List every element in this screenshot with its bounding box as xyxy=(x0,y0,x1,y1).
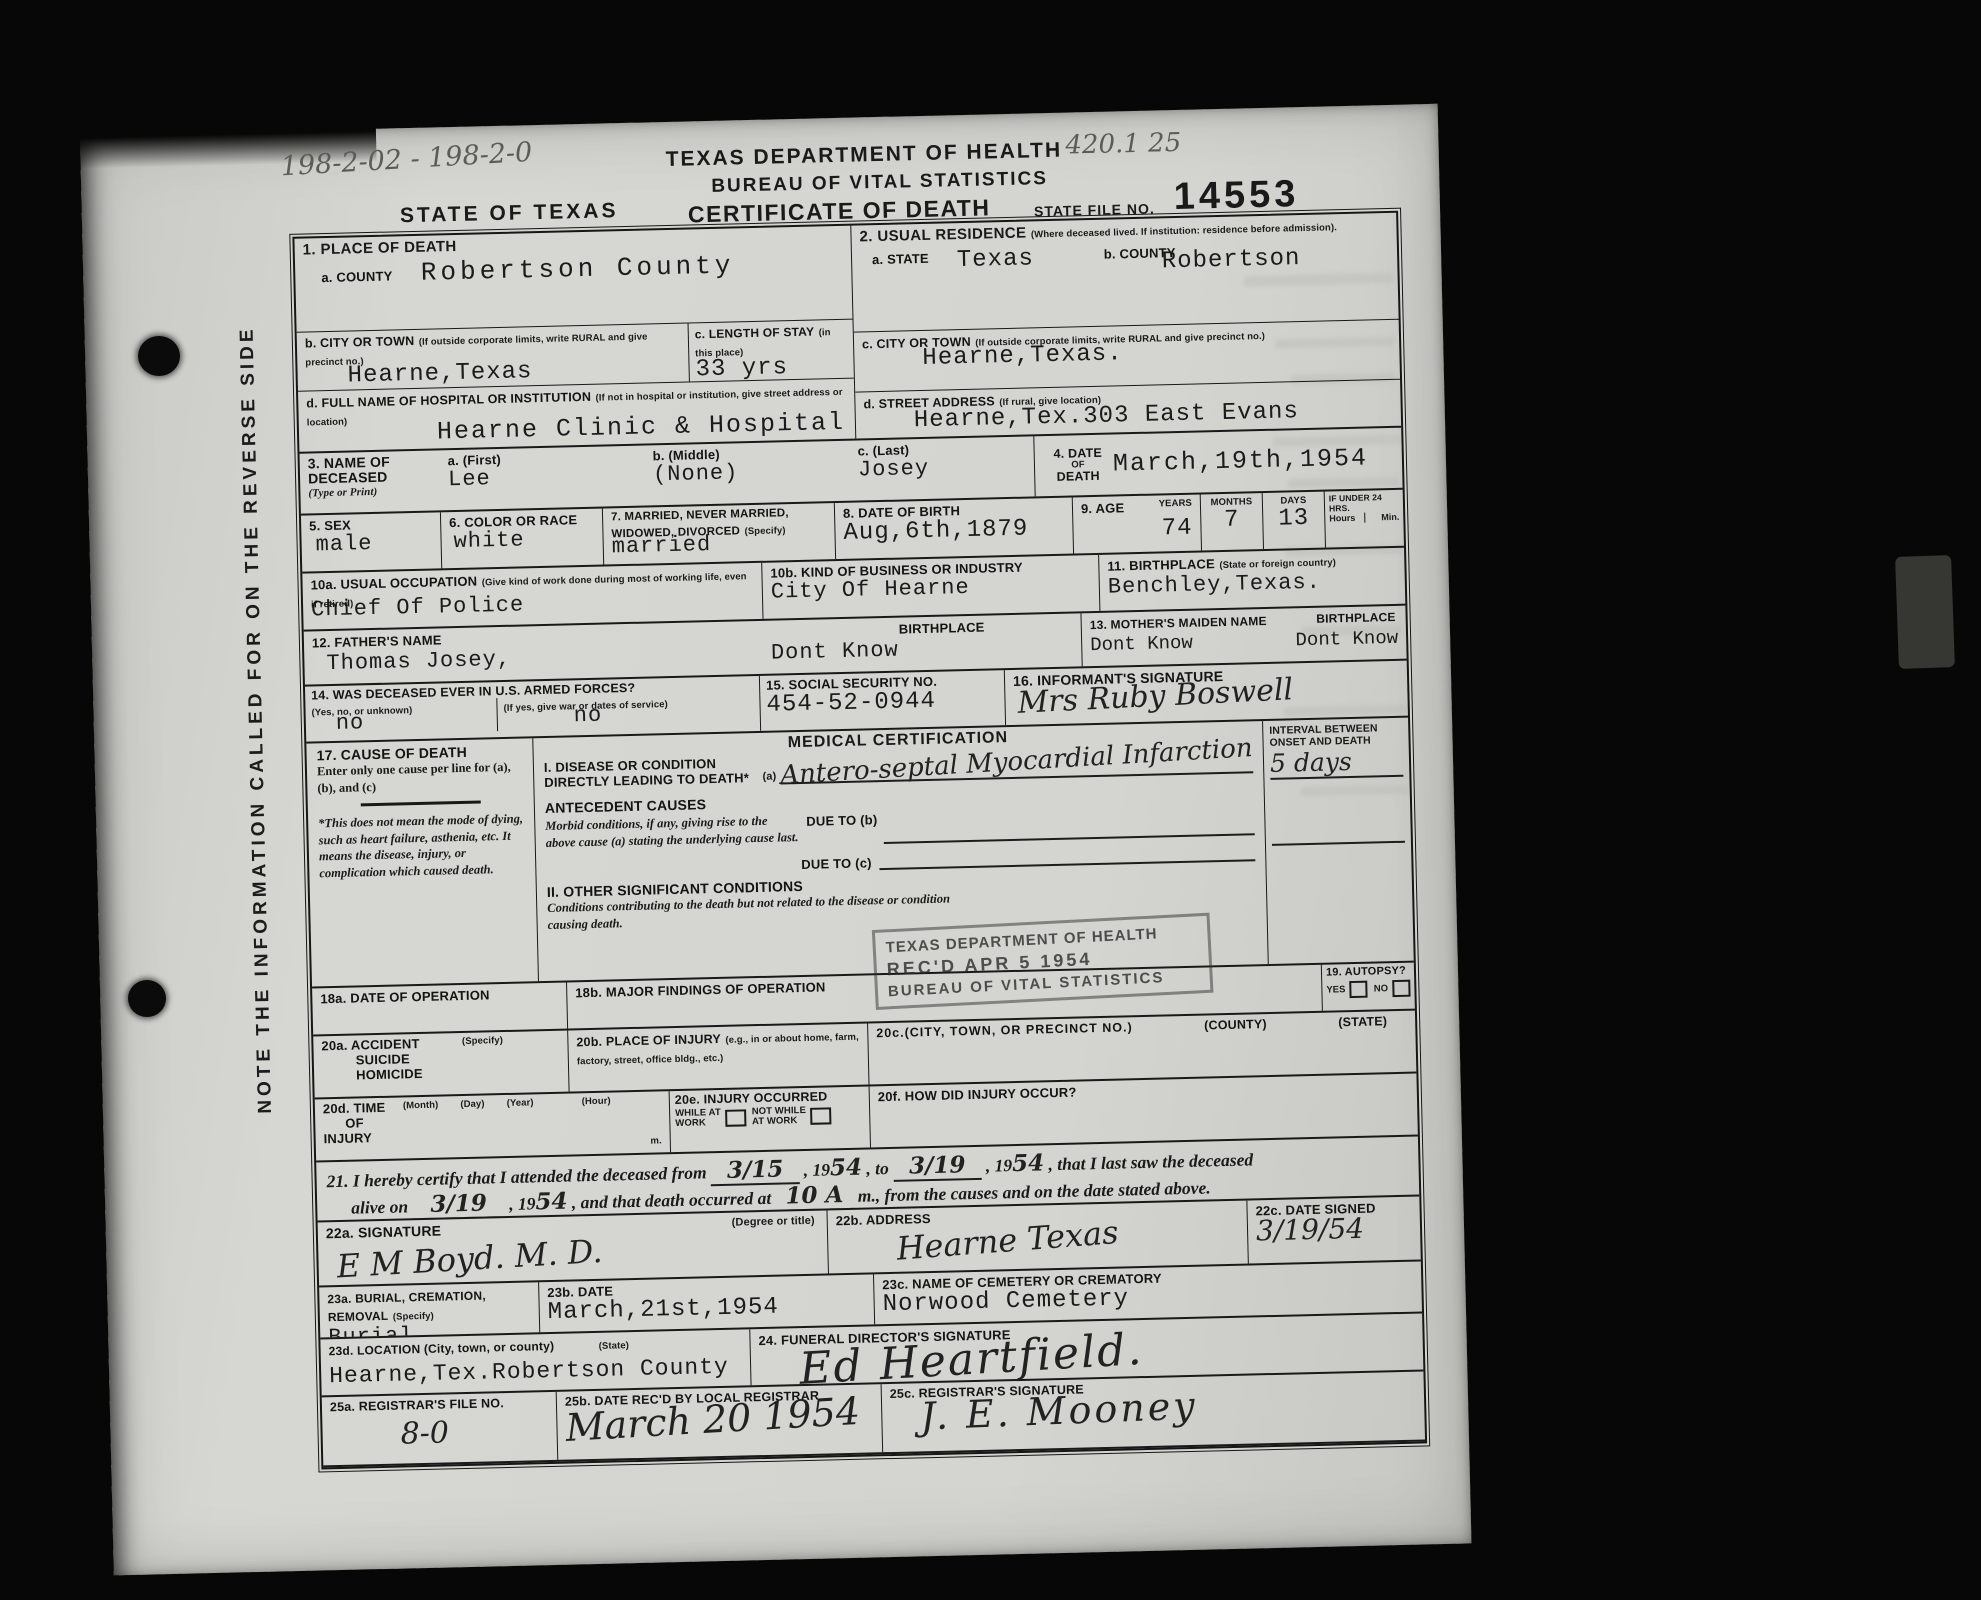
place-stay-cell: c. LENGTH OF STAY (in this place) 33 yrs xyxy=(689,319,854,381)
accident-label3: HOMICIDE xyxy=(356,1067,423,1084)
place-county-value: Robertson County xyxy=(421,250,735,287)
autopsy-yes-label: YES xyxy=(1326,984,1345,995)
section-cause-notes: 17. CAUSE OF DEATH Enter only one cause … xyxy=(306,738,539,986)
age-months-value: 7 xyxy=(1209,507,1255,533)
race-value: white xyxy=(453,527,595,553)
punch-hole xyxy=(128,980,166,1017)
autopsy-label: 19. AUTOPSY? xyxy=(1326,965,1410,979)
marital-paren: (Specify) xyxy=(744,525,785,537)
autopsy-no-label: NO xyxy=(1374,983,1389,994)
cause-note1: Enter only one cause per line for (a), (… xyxy=(317,759,524,797)
section-sex: 5. SEX male xyxy=(301,512,442,571)
interval-blank xyxy=(1270,777,1405,846)
section-registrar-date: 25b. DATE REC'D BY LOCAL REGISTRAR March… xyxy=(557,1384,884,1460)
burial-paren: (Specify) xyxy=(393,1311,434,1323)
section-date-of-death: 4. DATE OF DEATH March,19th,1954 xyxy=(1034,428,1402,497)
name-last-value: Josey xyxy=(858,455,1026,482)
certificate-paper: 198-2-02 - 198-2-0 TEXAS DEPARTMENT OF H… xyxy=(80,104,1472,1576)
section-how-injury: 20f. HOW DID INJURY OCCUR? xyxy=(870,1074,1418,1148)
age-under-label: IF UNDER 24 HRS. xyxy=(1329,492,1399,514)
section-burial: 23a. BURIAL, CREMATION, REMOVAL (Specify… xyxy=(319,1282,540,1337)
section-interval: INTERVAL BETWEEN ONSET AND DEATH 5 days xyxy=(1263,718,1414,964)
certify-hw-alive: 3/19 xyxy=(412,1189,505,1220)
certify-text9: m., from the causes and on the date stat… xyxy=(858,1177,1211,1205)
section-marital: 7. MARRIED, NEVER MARRIED, WIDOWED, DIVO… xyxy=(603,503,836,564)
disease-label2: DIRECTLY LEADING TO DEATH* xyxy=(544,771,763,790)
punch-hole xyxy=(138,336,180,376)
location-value: Hearne,Tex.Robertson County xyxy=(329,1355,742,1389)
not-while-label2: AT WORK xyxy=(752,1116,806,1128)
section-injury-occurred: 20e. INJURY OCCURRED WHILE AT WORK NOT W… xyxy=(670,1086,871,1152)
section-accident: 20a. ACCIDENT SUICIDE HOMICIDE (Specify) xyxy=(313,1031,569,1098)
header-bureau: BUREAU OF VITAL STATISTICS xyxy=(711,168,1048,198)
death-date-value: March,19th,1954 xyxy=(1113,445,1369,477)
father-value: Thomas Josey, xyxy=(326,648,511,675)
residence-county-value: Robertson xyxy=(1162,246,1301,274)
place-stay-value: 33 yrs xyxy=(695,354,848,383)
not-while-checkbox xyxy=(810,1107,831,1124)
age-hours-label: Hours xyxy=(1329,513,1365,524)
injury-time-label3: INJURY xyxy=(323,1130,403,1147)
age-years-label: YEARS xyxy=(1159,498,1192,510)
ssn-value: 454-52-0944 xyxy=(766,687,999,718)
name-paren: (Type or Print) xyxy=(308,484,448,499)
section-burial-location: 23d. LOCATION (City, town, or county) (S… xyxy=(320,1329,751,1395)
certify-hw-hour: 10 A xyxy=(775,1181,854,1212)
name-label: 3. NAME OF DECEASED xyxy=(308,453,449,487)
cause-a-tag: (a) xyxy=(762,771,776,783)
divider xyxy=(361,801,481,807)
state-file-number: 14553 xyxy=(1173,173,1300,219)
injury-time-label2: OF xyxy=(345,1115,403,1131)
certify-text2: , 19 xyxy=(804,1159,831,1180)
birthplace-label: 11. BIRTHPLACE xyxy=(1107,556,1215,574)
location-paren: (State) xyxy=(599,1340,630,1352)
occupation-value: Chief Of Police xyxy=(311,588,754,622)
name-first-value: Lee xyxy=(448,463,653,491)
section-registrar-file: 25a. REGISTRAR'S FILE NO. 8-0 xyxy=(322,1392,559,1466)
registrar-file-label: 25a. REGISTRAR'S FILE NO. xyxy=(330,1395,548,1414)
interval-value: 5 days xyxy=(1270,747,1352,778)
section-age-years: 9. AGE YEARS 74 xyxy=(1073,494,1202,553)
certify-hw-year3: 54 xyxy=(535,1188,568,1216)
injury-month-label: (Month) xyxy=(403,1100,440,1146)
residence-state-label: a. STATE xyxy=(872,251,929,282)
due-to-c-blank xyxy=(879,841,1255,870)
due-to-b-label: DUE TO (b) xyxy=(806,812,877,829)
birth-date-value: Aug,6th,1879 xyxy=(843,516,1065,546)
age-days-value: 13 xyxy=(1271,506,1317,532)
location-label: 23d. LOCATION (City, town, or county) xyxy=(328,1339,554,1358)
certify-hw-year1: 54 xyxy=(830,1154,863,1182)
due-to-b-blank xyxy=(883,815,1254,844)
section-place-of-death: 1. PLACE OF DEATH a. COUNTY Robertson Co… xyxy=(294,226,856,452)
section-time-of-injury: 20d. TIME OF INJURY (Month) (Day) (Year)… xyxy=(315,1091,671,1160)
operation-date-label: 18a. DATE OF OPERATION xyxy=(320,986,558,1007)
injury-hour-label: (Hour) xyxy=(582,1096,612,1141)
section-birth-date: 8. DATE OF BIRTH Aug,6th,1879 xyxy=(835,497,1074,559)
place-city-label: b. CITY OR TOWN xyxy=(305,334,415,351)
forces-value1: no xyxy=(336,708,497,735)
section-injury-city: 20c.(CITY, TOWN, OR PRECINCT NO.) (COUNT… xyxy=(868,1011,1416,1085)
residence-title: 2. USUAL RESIDENCE xyxy=(859,225,1026,246)
injury-day-label: (Day) xyxy=(460,1099,485,1144)
signature-label: 22a. SIGNATURE xyxy=(326,1223,442,1242)
accident-paren: (Specify) xyxy=(462,1035,504,1081)
date-signed-value: 3/19/54 xyxy=(1256,1211,1413,1248)
age-years-value: 74 xyxy=(1081,516,1193,544)
residence-state-value: Texas xyxy=(957,246,1035,279)
injury-county-label: (COUNTY) xyxy=(1204,1017,1267,1032)
father-label: 12. FATHER'S NAME xyxy=(312,632,442,650)
header-department: TEXAS DEPARTMENT OF HEALTH xyxy=(665,139,1062,172)
certificate-form: 1. PLACE OF DEATH a. COUNTY Robertson Co… xyxy=(292,211,1427,1470)
age-min-label: Min. xyxy=(1365,512,1400,523)
section-industry: 10b. KIND OF BUSINESS OR INDUSTRY City O… xyxy=(762,555,1100,619)
handwritten-code-right: 420.1 25 xyxy=(1065,128,1181,161)
section-autopsy: 19. AUTOPSY? YES NO xyxy=(1322,963,1415,1011)
while-at-work-checkbox xyxy=(725,1109,746,1126)
age-label: 9. AGE xyxy=(1081,500,1125,516)
mother-value: Dont Know xyxy=(1090,632,1193,656)
section-occupation: 10a. USUAL OCCUPATION (Give kind of work… xyxy=(302,563,763,630)
residence-title-paren: (Where deceased lived. If institution: r… xyxy=(1031,222,1337,240)
section-physician-signature: 22a. SIGNATURE (Degree or title) E M Boy… xyxy=(318,1210,829,1285)
scanner-edge-artifact xyxy=(1895,555,1955,669)
place-stay-label: c. LENGTH OF STAY xyxy=(695,324,815,341)
occupation-label: 10a. USUAL OCCUPATION xyxy=(310,574,477,593)
section-date-signed: 22c. DATE SIGNED 3/19/54 xyxy=(1247,1197,1420,1264)
autopsy-no-checkbox xyxy=(1392,980,1411,997)
registrar-file-value: 8-0 xyxy=(400,1413,549,1451)
mother-label: 13. MOTHER'S MAIDEN NAME xyxy=(1090,614,1267,632)
autopsy-yes-checkbox xyxy=(1349,981,1368,998)
section-operation-date: 18a. DATE OF OPERATION xyxy=(312,983,568,1035)
scanned-death-certificate: { "header": { "hw_left": "198-2-02 - 198… xyxy=(0,0,1981,1600)
section-race: 6. COLOR OR RACE white xyxy=(441,509,604,569)
burial-date-value: March,21st,1954 xyxy=(548,1293,867,1326)
death-date-label3: DEATH xyxy=(1043,470,1113,485)
certify-text3: , to xyxy=(866,1158,889,1179)
while-at-work-label2: WORK xyxy=(675,1118,721,1130)
section-place-of-injury: 20b. PLACE OF INJURY (e.g., in or about … xyxy=(568,1023,869,1091)
section-age-under24: IF UNDER 24 HRS. Hours Min. xyxy=(1325,490,1404,548)
certify-text4: , 19 xyxy=(986,1155,1013,1176)
industry-value: City Of Hearne xyxy=(771,573,1091,604)
injury-place-label: 20b. PLACE OF INJURY xyxy=(576,1032,721,1049)
section-mother: 13. MOTHER'S MAIDEN NAME BIRTHPLACE Dont… xyxy=(1081,606,1406,667)
father-birthplace-label: BIRTHPLACE xyxy=(899,620,985,637)
injury-state-label: (STATE) xyxy=(1338,1014,1387,1029)
section-burial-date: 23b. DATE March,21st,1954 xyxy=(539,1274,875,1332)
certify-text6: alive on xyxy=(351,1196,408,1217)
morbid-note: Morbid conditions, if any, giving rise t… xyxy=(545,812,801,851)
certify-text7: , 19 xyxy=(509,1193,536,1214)
certify-text5: , that I last saw the deceased xyxy=(1048,1149,1253,1174)
section-usual-residence: 2. USUAL RESIDENCE (Where deceased lived… xyxy=(851,213,1401,439)
section-age-months: MONTHS 7 xyxy=(1201,493,1264,550)
due-to-c-label: DUE TO (c) xyxy=(801,855,872,872)
injury-m-label: m. xyxy=(650,1135,662,1146)
certify-hw-year2: 54 xyxy=(1012,1149,1045,1177)
injury-city-label: 20c.(CITY, TOWN, OR PRECINCT NO.) xyxy=(876,1020,1133,1040)
section-age-days: DAYS 13 xyxy=(1263,492,1326,549)
hospital-value: Hearne Clinic & Hospital xyxy=(437,410,848,446)
section-birthplace: 11. BIRTHPLACE (State or foreign country… xyxy=(1099,548,1405,611)
injury-year-label: (Year) xyxy=(507,1097,535,1142)
father-birthplace-value: Dont Know xyxy=(771,639,899,665)
birthplace-value: Benchley,Texas. xyxy=(1108,569,1397,599)
hospital-label: d. FULL NAME OF HOSPITAL OR INSTITUTION xyxy=(306,390,591,411)
certify-text8: , and that death occurred at xyxy=(572,1188,772,1213)
place-county-label: a. COUNTY xyxy=(321,268,392,285)
margin-note-vertical: NOTE THE INFORMATION CALLED FOR ON THE R… xyxy=(236,325,277,1114)
section-registrar-signature: 25c. REGISTRAR'S SIGNATURE J. E. Mooney xyxy=(882,1371,1425,1452)
sex-value: male xyxy=(315,531,433,557)
name-middle-value: (None) xyxy=(653,459,858,487)
mother-birthplace-value: Dont Know xyxy=(1295,627,1398,651)
mother-birthplace-label: BIRTHPLACE xyxy=(1316,610,1396,626)
section-ssn: 15. SOCIAL SECURITY NO. 454-52-0944 xyxy=(760,670,1006,731)
cause-note2: *This does not mean the mode of dying, s… xyxy=(318,811,525,882)
place-city-cell: b. CITY OR TOWN (If outside corporate li… xyxy=(297,323,690,390)
header-state-of-texas: STATE OF TEXAS xyxy=(400,199,619,228)
marital-label: 7. MARRIED, NEVER MARRIED, xyxy=(611,506,826,524)
section-informant: 16. INFORMANT'S SIGNATURE Mrs Ruby Boswe… xyxy=(1005,661,1408,725)
section-armed-forces: 14. WAS DECEASED EVER IN U.S. ARMED FORC… xyxy=(305,676,761,742)
section-physician-address: 22b. ADDRESS Hearne Texas xyxy=(827,1201,1248,1274)
